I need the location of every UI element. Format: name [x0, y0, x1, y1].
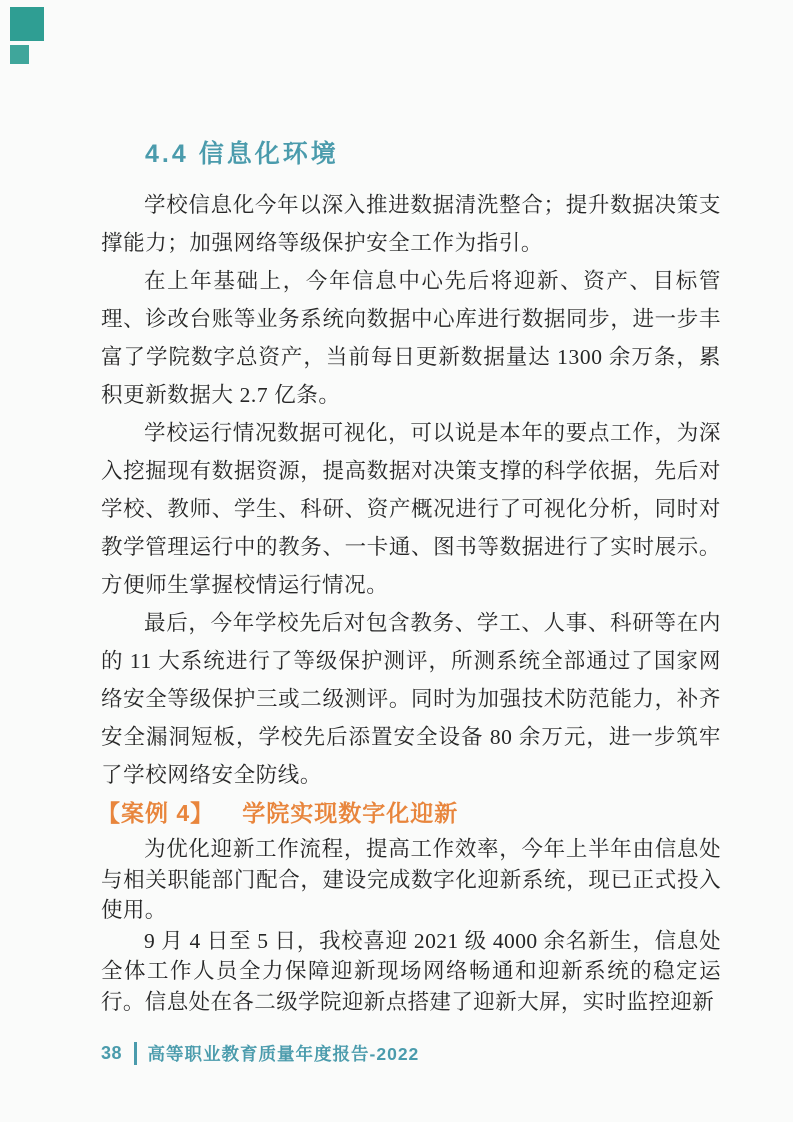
case-title: 学院实现数字化迎新: [242, 800, 458, 826]
footer-divider: [134, 1042, 137, 1065]
page-footer: 38 高等职业教育质量年度报告-2022: [101, 1041, 419, 1066]
body-paragraph: 学校信息化今年以深入推进数据清洗整合；提升数据决策支撑能力；加强网络等级保护安全…: [101, 186, 721, 262]
body-paragraph: 在上年基础上，今年信息中心先后将迎新、资产、目标管理、诊改台账等业务系统向数据中…: [101, 262, 721, 414]
case-paragraph: 9 月 4 日至 5 日，我校喜迎 2021 级 4000 余名新生，信息处全体…: [101, 926, 721, 1018]
decor-square-large: [10, 7, 44, 41]
case-label: 【案例 4】: [97, 800, 214, 826]
case-paragraph: 为优化迎新工作流程，提高工作效率，今年上半年由信息处与相关职能部门配合，建设完成…: [101, 834, 721, 926]
body-paragraph: 学校运行情况数据可视化，可以说是本年的要点工作，为深入挖掘现有数据资源，提高数据…: [101, 414, 721, 604]
case-heading: 【案例 4】学院实现数字化迎新: [97, 798, 721, 828]
page-content: 4.4 信息化环境 学校信息化今年以深入推进数据清洗整合；提升数据决策支撑能力；…: [101, 138, 721, 1017]
footer-page-number: 38: [101, 1043, 122, 1064]
footer-report-title: 高等职业教育质量年度报告-2022: [148, 1041, 420, 1066]
decor-square-small: [10, 45, 29, 64]
document-page: 4.4 信息化环境 学校信息化今年以深入推进数据清洗整合；提升数据决策支撑能力；…: [0, 0, 793, 1122]
body-paragraph: 最后，今年学校先后对包含教务、学工、人事、科研等在内的 11 大系统进行了等级保…: [101, 604, 721, 794]
section-heading: 4.4 信息化环境: [145, 138, 721, 170]
